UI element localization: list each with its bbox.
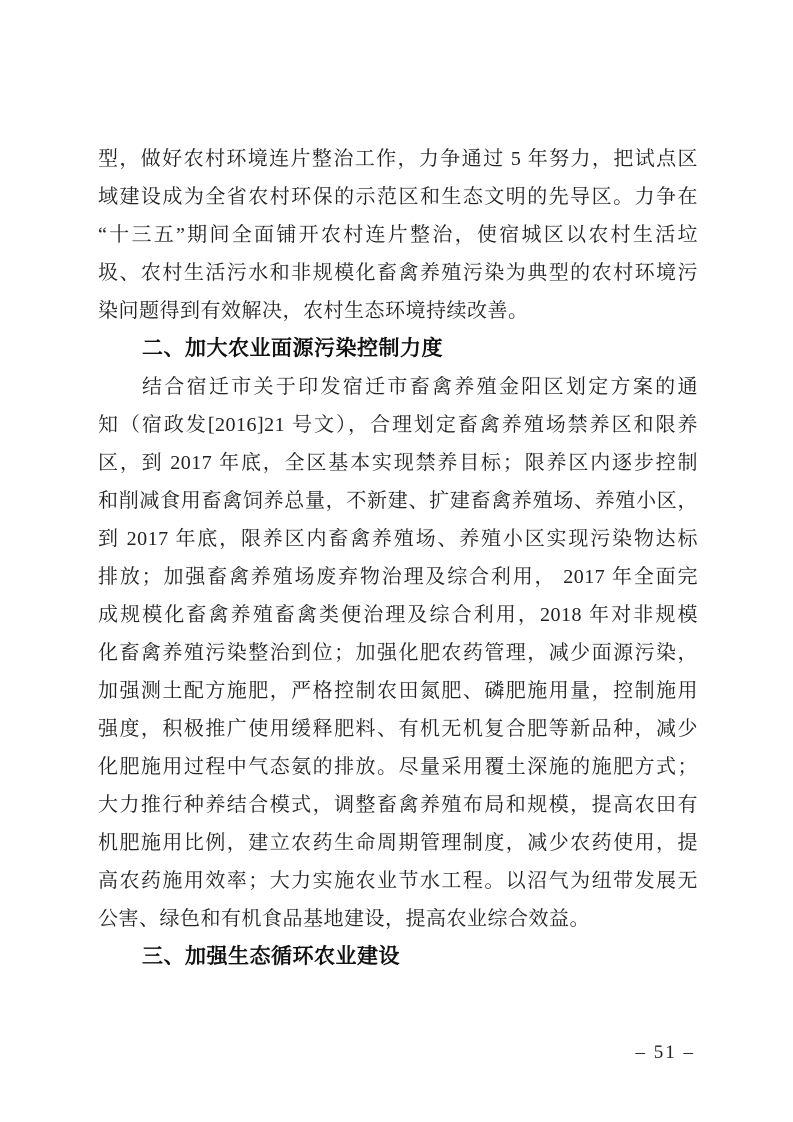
text-line: 和削减食用畜禽饲养总量，不新建、扩建畜禽养殖场、养殖小区， [98,482,698,520]
text-line: 大力推行种养结合模式，调整畜禽养殖布局和规模，提高农田有 [98,786,698,824]
page-number: – 51 – [636,1042,696,1064]
text-line: 公害、绿色和有机食品基地建设，提高农业综合效益。 [98,900,698,938]
section-heading: 三、加强生态循环农业建设 [98,938,698,976]
text-line: 强度，积极推广使用缓释肥料、有机无机复合肥等新品种，减少 [98,710,698,748]
document-body: 型，做好农村环境连片整治工作，力争通过 5 年努力，把试点区域建设成为全省农村环… [98,140,698,976]
text-line: 染问题得到有效解决，农村生态环境持续改善。 [98,292,698,330]
text-line: 圾、农村生活污水和非规模化畜禽养殖污染为典型的农村环境污 [98,254,698,292]
text-line: 加强测土配方施肥，严格控制农田氮肥、磷肥施用量，控制施用 [98,672,698,710]
text-line: 化肥施用过程中气态氨的排放。尽量采用覆土深施的施肥方式； [98,748,698,786]
text-line: “十三五”期间全面铺开农村连片整治，使宿城区以农村生活垃 [98,216,698,254]
text-line: 结合宿迁市关于印发宿迁市畜禽养殖金阳区划定方案的通 [98,368,698,406]
text-line: 高农药施用效率；大力实施农业节水工程。以沼气为纽带发展无 [98,862,698,900]
text-line: 型，做好农村环境连片整治工作，力争通过 5 年努力，把试点区 [98,140,698,178]
text-line: 排放；加强畜禽养殖场废弃物治理及综合利用， 2017 年全面完 [98,558,698,596]
text-line: 到 2017 年底，限养区内畜禽养殖场、养殖小区实现污染物达标 [98,520,698,558]
section-heading: 二、加大农业面源污染控制力度 [98,330,698,368]
text-line: 机肥施用比例，建立农药生命周期管理制度，减少农药使用，提 [98,824,698,862]
text-line: 化畜禽养殖污染整治到位；加强化肥农药管理，减少面源污染， [98,634,698,672]
text-line: 区，到 2017 年底，全区基本实现禁养目标；限养区内逐步控制 [98,444,698,482]
text-line: 域建设成为全省农村环保的示范区和生态文明的先导区。力争在 [98,178,698,216]
text-line: 知（宿政发[2016]21 号文），合理划定畜禽养殖场禁养区和限养 [98,406,698,444]
document-page: 型，做好农村环境连片整治工作，力争通过 5 年努力，把试点区域建设成为全省农村环… [0,0,793,1122]
text-line: 成规模化畜禽养殖畜禽类便治理及综合利用，2018 年对非规模 [98,596,698,634]
